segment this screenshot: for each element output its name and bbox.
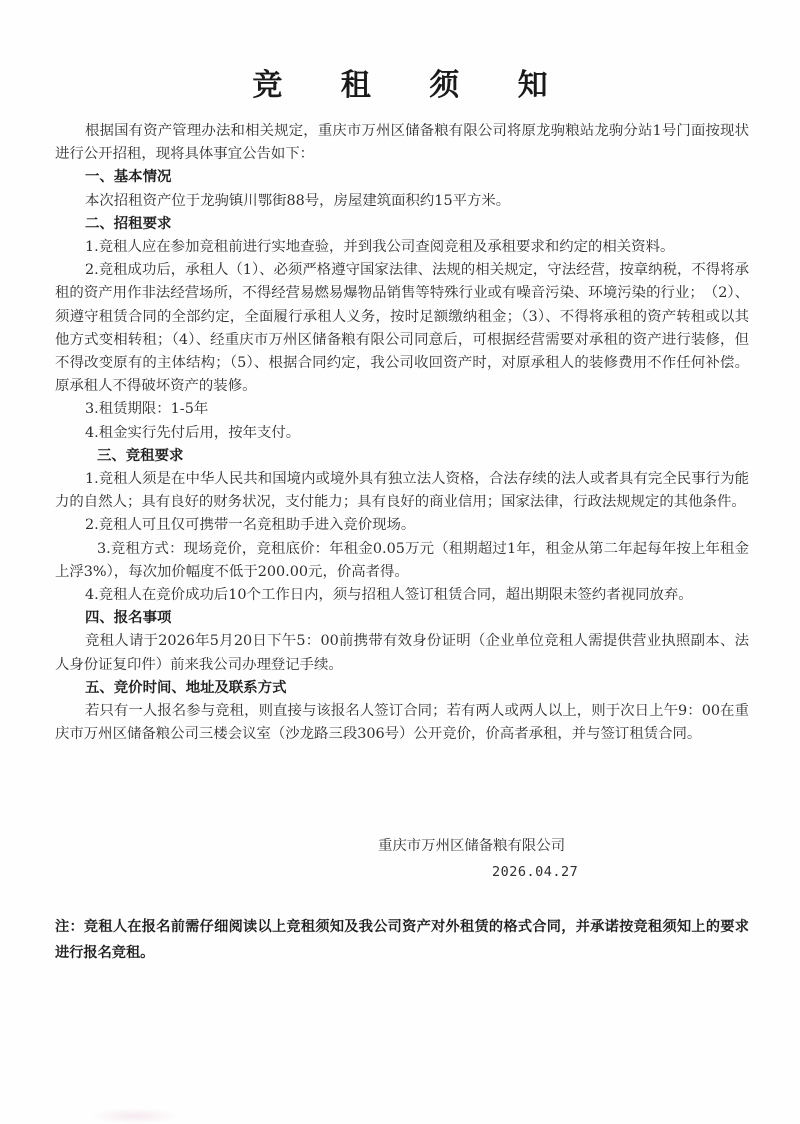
document-body: 根据国有资产管理办法和相关规定，重庆市万州区储备粮有限公司将原龙驹粮站龙驹分站1…: [55, 120, 749, 746]
section-paragraph: 3.竞租方式：现场竞价，竞租底价：年租金0.05万元（租期超过1年，租金从第二年…: [55, 538, 749, 584]
section-paragraph: 4.竞租人在竞价成功后10个工作日内，须与招租人签订租赁合同，超出期限未签约者视…: [55, 584, 749, 607]
scan-smudge: [90, 1108, 180, 1124]
section-paragraph: 竞租人请于2026年5月20日下午5：00前携带有效身份证明（企业单位竞租人需提…: [55, 630, 749, 676]
signature-block: 重庆市万州区储备粮有限公司 2026.04.27: [378, 833, 578, 885]
section-heading-bidder-requirements: 三、竞租要求: [55, 445, 749, 468]
section-paragraph: 2.竞租人可且仅可携带一名竞租助手进入竞价现场。: [55, 514, 749, 537]
signature-company: 重庆市万州区储备粮有限公司: [378, 833, 578, 859]
section-paragraph: 3.租赁期限：1-5年: [55, 398, 749, 421]
section-heading-rental-requirements: 二、招租要求: [55, 213, 749, 236]
page-title: 竞 租 须 知: [0, 60, 800, 104]
section-heading-bidding-time-location: 五、竞价时间、地址及联系方式: [55, 677, 749, 700]
section-paragraph: 若只有一人报名参与竞租，则直接与该报名人签订合同；若有两人或两人以上，则于次日上…: [55, 700, 749, 746]
section-heading-basic-info: 一、基本情况: [55, 166, 749, 189]
section-heading-registration: 四、报名事项: [55, 607, 749, 630]
section-paragraph: 2.竞租成功后，承租人（1）、必须严格遵守国家法律、法规的相关规定，守法经营，按…: [55, 259, 749, 398]
section-paragraph: 1.竞租人应在参加竞租前进行实地查验，并到我公司查阅竞租及承租要求和约定的相关资…: [55, 236, 749, 259]
signature-date: 2026.04.27: [378, 859, 578, 885]
footnote: 注：竞租人在报名前需仔细阅读以上竞租须知及我公司资产对外租赁的格式合同，并承诺按…: [55, 914, 749, 966]
section-paragraph: 4.租金实行先付后用，按年支付。: [55, 422, 749, 445]
section-paragraph: 本次招租资产位于龙驹镇川鄂街88号，房屋建筑面积约15平方米。: [55, 190, 749, 213]
intro-paragraph: 根据国有资产管理办法和相关规定，重庆市万州区储备粮有限公司将原龙驹粮站龙驹分站1…: [55, 120, 749, 166]
document-page: 竞 租 须 知 根据国有资产管理办法和相关规定，重庆市万州区储备粮有限公司将原龙…: [0, 0, 800, 1124]
section-paragraph: 1.竞租人须是在中华人民共和国境内或境外具有独立法人资格，合法存续的法人或者具有…: [55, 468, 749, 514]
